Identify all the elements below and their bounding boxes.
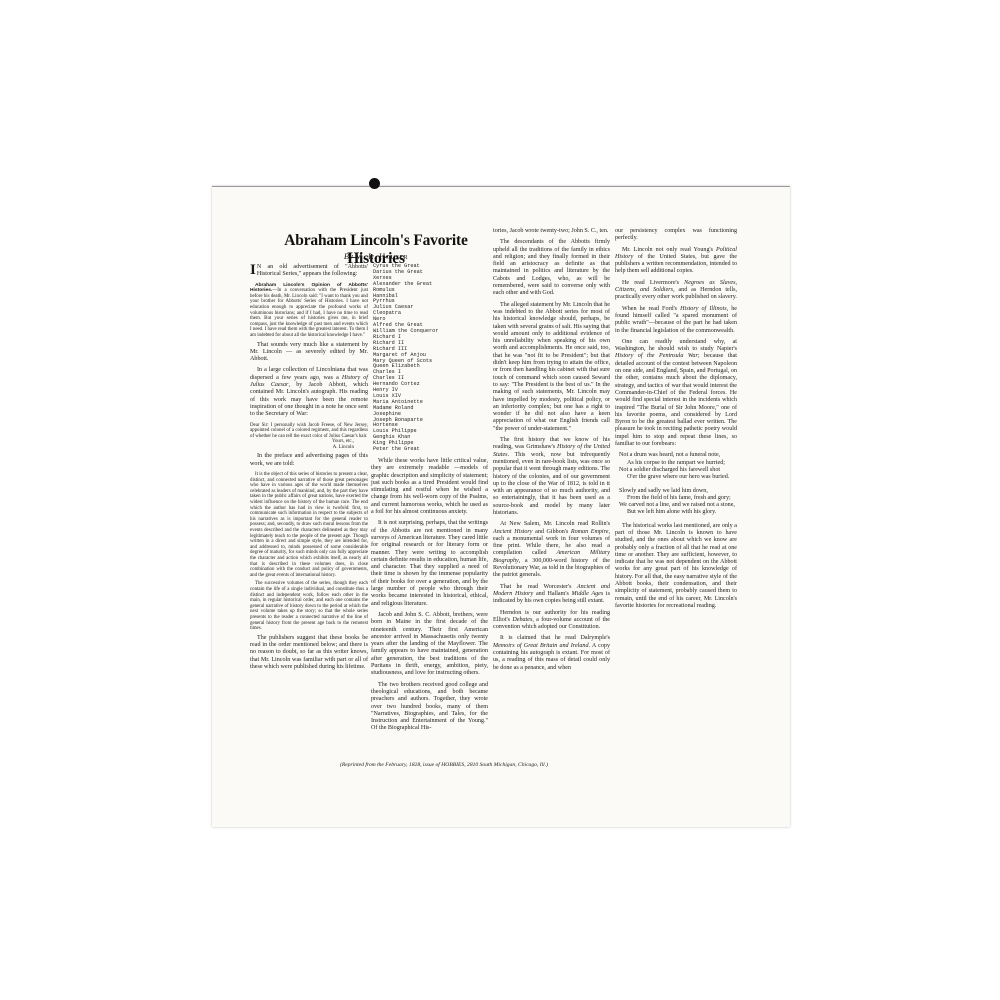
advertisement-quote: Abraham Lincoln's Opinion of Abbotts' Hi…: [250, 283, 368, 339]
column-1: IN an old advertisement of "Abbotts' His…: [250, 264, 368, 675]
drop-cap: I: [250, 264, 256, 277]
poem-line: O'er the grave where our hero was buried…: [627, 474, 737, 481]
letter-signature: A. Lincoln: [250, 445, 368, 451]
paragraph: While these works have little critical v…: [371, 458, 488, 516]
preface-quote: The successive volumes of the series, th…: [250, 581, 368, 631]
paragraph: At New Salem, Mr. Lincoln read Rollin's …: [493, 521, 610, 579]
poem-line: Slowly and sadly we laid him down,: [619, 488, 737, 495]
poem-line: Not a soldier discharged his farewell sh…: [619, 467, 737, 474]
poem-line: But we left him alone with his glory.: [627, 509, 737, 516]
poem-line: As his corpse to the rampart we hurried;: [627, 460, 737, 467]
book-title: Memoirs of Great Britain and Ireland: [493, 643, 589, 649]
paragraph: One can readily understand why, at Washi…: [615, 339, 737, 448]
paragraph: That sounds very much like a statement b…: [250, 342, 368, 364]
paragraph: Jacob and John S. C. Abbott, brethers, w…: [371, 612, 488, 678]
paragraph: The first history that we know of his re…: [493, 437, 610, 517]
punch-hole: [369, 178, 380, 189]
article-byline: By M. L. Houser: [266, 251, 486, 261]
column-2: Cyrus the Great Darius the Great Xerxes …: [371, 264, 488, 737]
book-title: Middle Ages: [572, 591, 604, 597]
paragraph: That he read Worcester's Ancient and Mod…: [493, 584, 610, 606]
paragraph: Mr. Lincoln not only read Young's Politi…: [615, 247, 737, 276]
paragraph: Herndon is our authority for his reading…: [493, 610, 610, 632]
book-title: Ancient History: [493, 529, 533, 535]
paragraph: It is not surprising, perhaps, that the …: [371, 520, 488, 608]
book-title: History of the Peninsula War: [615, 353, 698, 359]
paragraph: In a large collection of Lincolniana tha…: [250, 367, 368, 418]
byline-prefix: By: [344, 251, 353, 261]
reprint-credit: (Reprinted from the February, 1828, issu…: [340, 762, 780, 768]
poem-burial-of-sir-john-moore: Not a drum was heard, not a funeral note…: [615, 452, 737, 516]
preface-quote: It is the object of this series of histo…: [250, 472, 368, 578]
paragraph: When he read Ford's History of Illinois,…: [615, 306, 737, 335]
paragraph: tories, Jacob wrote twenty-two; John S. …: [493, 228, 610, 235]
book-title: Roman Empire: [571, 529, 609, 535]
paragraph: It is claimed that he read Dalrymple's M…: [493, 635, 610, 671]
reading-order-list: Cyrus the Great Darius the Great Xerxes …: [371, 264, 488, 453]
intro-paragraph: IN an old advertisement of "Abbotts' His…: [250, 264, 368, 279]
paragraph: The alleged statement by Mr. Lincoln tha…: [493, 302, 610, 433]
paragraph: The publishers suggest that these books …: [250, 635, 368, 671]
book-title: History of Illinois: [680, 306, 726, 312]
poem-line: From the field of his fame, fresh and go…: [627, 495, 737, 502]
paragraph: He read Livermore's Negroes as Slaves, C…: [615, 280, 737, 302]
paragraph: In the preface and advertising pages of …: [250, 453, 368, 468]
paragraph: The two brothers received good college a…: [371, 682, 488, 733]
paragraph: our persistency complex was functioning …: [615, 228, 737, 243]
poem-line: Not a drum was heard, not a funeral note…: [619, 452, 737, 459]
column-4: our persistency complex was functioning …: [615, 228, 737, 614]
paragraph: The historical works last mentioned, are…: [615, 523, 737, 611]
paragraph: The descendants of the Abbotts firmly up…: [493, 239, 610, 297]
list-item: Peter the Great: [373, 447, 488, 453]
byline-author: M. L. Houser: [355, 251, 408, 261]
lincoln-letter: Dear Sir: I personally wish Jacob Freese…: [250, 423, 368, 451]
book-title: Debates: [512, 617, 532, 623]
column-3: tories, Jacob wrote twenty-two; John S. …: [493, 228, 610, 676]
